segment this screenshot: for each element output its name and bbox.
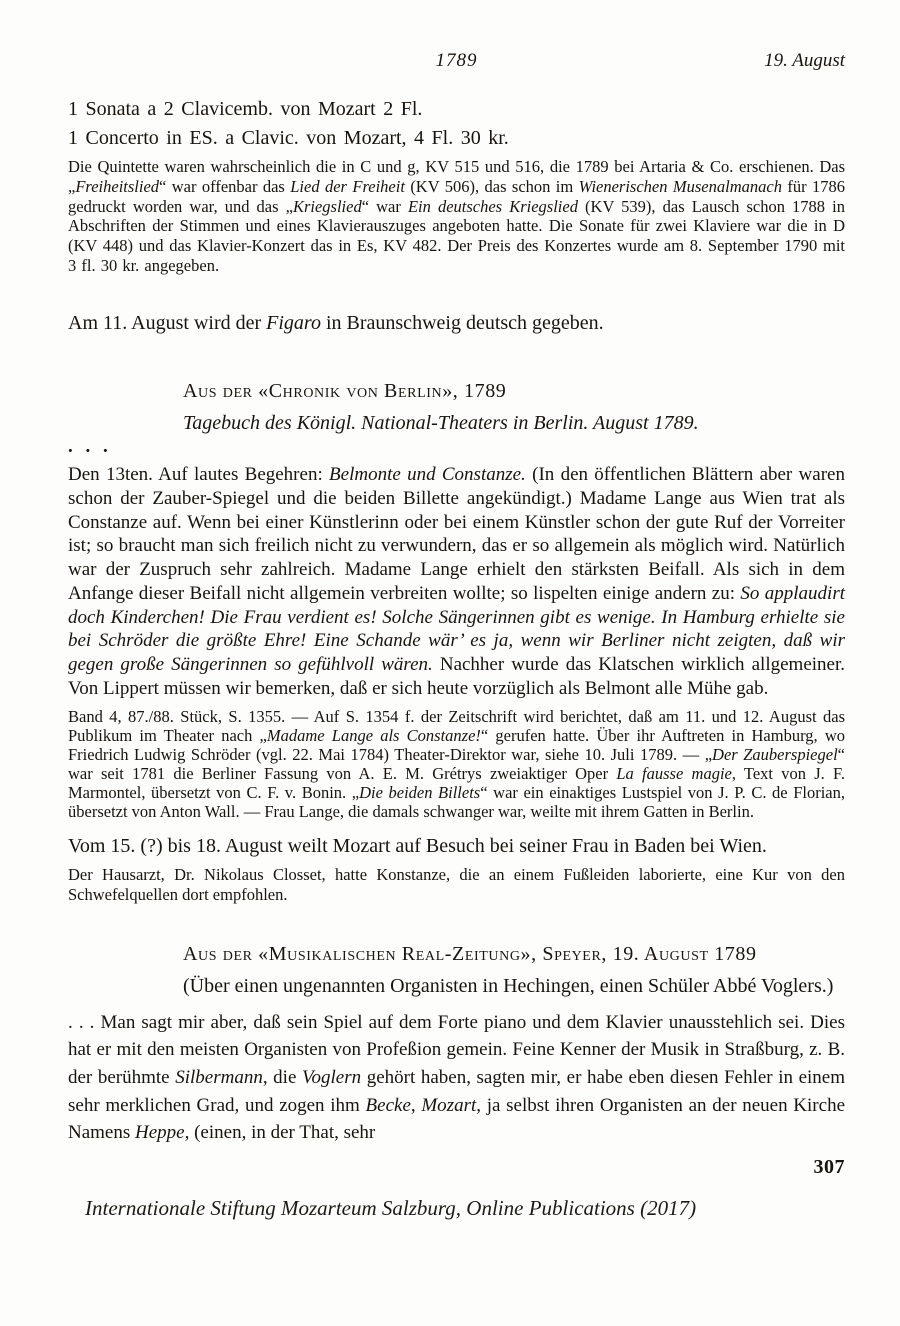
paragraph-organist: . . . Man sagt mir aber, daß sein Spiel …	[68, 1009, 845, 1147]
paragraph-diary-entry: Den 13ten. Auf lautes Begehren: Belmonte…	[68, 463, 845, 700]
ellipsis-marker: . . .	[68, 439, 845, 455]
section-chronik-von-berlin: Aus der «Chronik von Berlin», 1789 Tageb…	[183, 378, 845, 438]
page-number: 307	[68, 1155, 845, 1179]
section-subtitle-chronik: Tagebuch des Königl. National-Theaters i…	[183, 410, 845, 438]
section-real-zeitung: Aus der «Musikalischen Real-Zeitung», Sp…	[183, 941, 845, 1001]
running-head: 1789 19. August	[68, 50, 845, 76]
commentary-note-quintette: Die Quintette waren wahrscheinlich die i…	[68, 157, 845, 276]
book-page: 1789 19. August 1 Sonata a 2 Clavicemb. …	[0, 0, 900, 1326]
running-head-year: 1789	[436, 50, 478, 72]
publication-credit: Internationale Stiftung Mozarteum Salzbu…	[85, 1195, 845, 1221]
commentary-note-zeitschrift: Band 4, 87./88. Stück, S. 1355. — Auf S.…	[68, 707, 845, 821]
entry-line-concerto: 1 Concerto in ES. a Clavic. von Mozart, …	[68, 124, 845, 153]
section-heading-realzeitung: Aus der «Musikalischen Real-Zeitung», Sp…	[183, 941, 845, 967]
section-subtitle-realzeitung: (Über einen ungenannten Organisten in He…	[183, 973, 845, 1001]
paragraph-figaro: Am 11. August wird der Figaro in Braunsc…	[68, 310, 845, 336]
section-heading-chronik: Aus der «Chronik von Berlin», 1789	[183, 378, 845, 404]
running-head-date: 19. August	[764, 50, 845, 72]
paragraph-baden: Vom 15. (?) bis 18. August weilt Mozart …	[68, 833, 845, 859]
entry-line-sonata: 1 Sonata a 2 Clavicemb. von Mozart 2 Fl.	[68, 95, 845, 124]
commentary-note-hausarzt: Der Hausarzt, Dr. Nikolaus Closset, hatt…	[68, 865, 845, 905]
concert-program-entries: 1 Sonata a 2 Clavicemb. von Mozart 2 Fl.…	[68, 95, 845, 152]
